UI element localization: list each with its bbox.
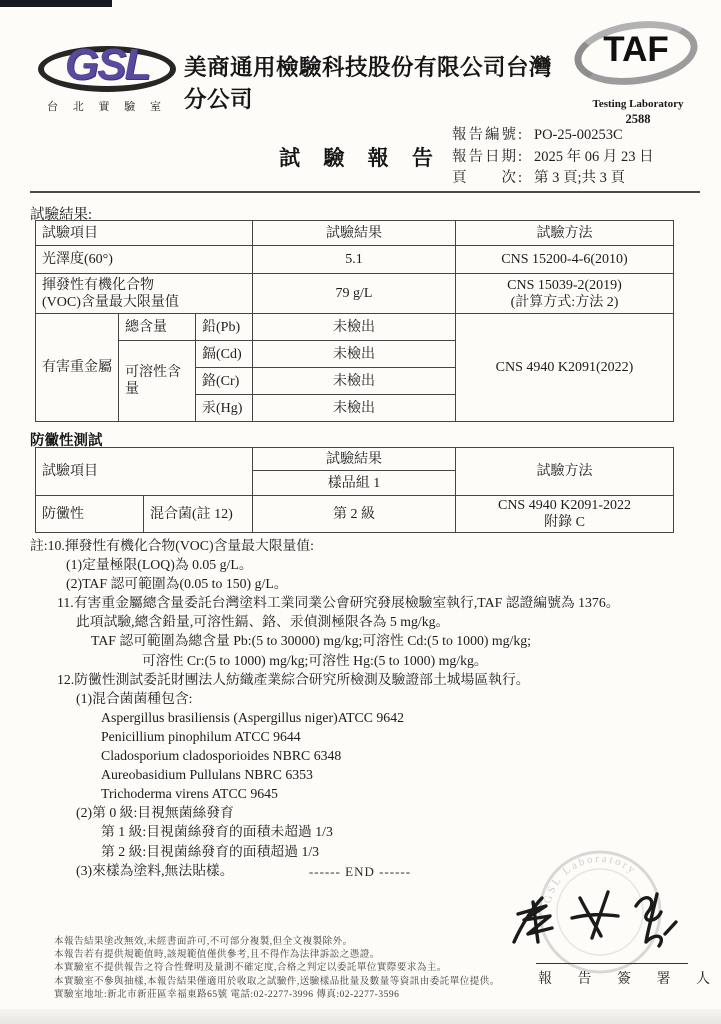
mildew-result-cell: 第 2 級: [253, 496, 456, 533]
gsl-logo: GSL 台 北 實 驗 室: [38, 36, 180, 114]
note-line: 可溶性 Cr:(5 to 1000) mg/kg;可溶性 Hg:(5 to 10…: [142, 651, 700, 670]
footer-disclaimer-block: 本報告結果塗改無效,未經書面許可,不可部分複製,但全文複製除外。 本報告若有提供…: [54, 936, 500, 1002]
report-date-row: 報告日期: 2025 年 06 月 23 日: [452, 147, 654, 169]
mildew-sample-cell: 樣品組 1: [253, 471, 456, 496]
metal-result-cell-cr: 未檢出: [253, 368, 456, 395]
mildew-header-method-cell: 試驗方法: [456, 448, 674, 496]
note-line: (2)TAF 認可範圍為(0.05 to 150) g/L。: [66, 574, 700, 593]
signature-image: [498, 872, 698, 964]
voc-method-line2: (計算方式:方法 2): [462, 294, 667, 311]
report-number-value: PO-25-00253C: [534, 125, 623, 147]
note-line: Penicillium pinophilum ATCC 9644: [101, 727, 700, 746]
voc-method-line1: CNS 15039-2(2019): [462, 277, 667, 294]
header-divider: [30, 191, 700, 193]
metal-soluble-label-cell: 可溶性含量: [119, 341, 196, 422]
mildew-header-result-cell: 試驗結果: [253, 448, 456, 471]
metal-total-label-cell: 總含量: [119, 314, 196, 341]
voc-row: 揮發性有機化合物 (VOC)含量最大限量值 79 g/L CNS 15039-2…: [36, 274, 674, 314]
note-line: (1)定量極限(LOQ)為 0.05 g/L。: [66, 555, 700, 574]
header-cell-method: 試驗方法: [456, 221, 674, 246]
scanned-test-report-page: GSL 台 北 實 驗 室 美商通用檢驗科技股份有限公司台灣分公司 試 驗 報 …: [0, 0, 721, 1024]
mildew-table: 試驗項目 試驗結果 試驗方法 樣品組 1 防黴性 混合菌(註 12) 第 2 級…: [35, 447, 674, 533]
note-line: 此項試驗,總含鉛量,可溶性鎘、鉻、汞偵測極限各為 5 mg/kg。: [76, 612, 700, 631]
report-info-block: 報告編號: PO-25-00253C 報告日期: 2025 年 06 月 23 …: [452, 125, 654, 190]
scan-artifact-top: [0, 0, 112, 7]
scan-artifact-bottom: [0, 1009, 721, 1024]
metal-method-cell: CNS 4940 K2091(2022): [456, 314, 674, 422]
metal-group-cell: 有害重金屬: [36, 314, 119, 422]
voc-item-line1: 揮發性有機化合物: [42, 277, 246, 294]
metal-element-cell-cd: 鎘(Cd): [196, 341, 253, 368]
note-line: Aspergillus brasiliensis (Aspergillus ni…: [101, 708, 700, 727]
mildew-data-row: 防黴性 混合菌(註 12) 第 2 級 CNS 4940 K2091-2022 …: [36, 496, 674, 533]
report-date-value: 2025 年 06 月 23 日: [534, 147, 654, 169]
metal-result-cell-hg: 未檢出: [253, 395, 456, 422]
report-date-label: 報告日期:: [452, 147, 534, 169]
footer-line: 本實驗室不提供報告之符合性聲明及量測不確定度,合格之判定以委託單位實際要求為主。: [54, 962, 500, 975]
mildew-method-line2: 附錄 C: [462, 514, 667, 531]
footer-line: 實驗室地址:新北市新莊區幸福東路65號 電話:02-2277-3996 傳真:0…: [54, 989, 500, 1002]
taf-caption: Testing Laboratory: [568, 98, 708, 110]
note-line: Cladosporium cladosporioides NBRC 6348: [101, 746, 700, 765]
taf-swoosh-icon: TAF: [572, 18, 704, 92]
note-line: (1)混合菌菌種包含:: [76, 689, 700, 708]
gloss-result-cell: 5.1: [253, 246, 456, 274]
metal-row-pb: 有害重金屬 總含量 鉛(Pb) 未檢出 CNS 4940 K2091(2022): [36, 314, 674, 341]
gloss-item-cell: 光澤度(60°): [36, 246, 253, 274]
metal-element-cell-hg: 汞(Hg): [196, 395, 253, 422]
report-number-row: 報告編號: PO-25-00253C: [452, 125, 654, 147]
voc-item-cell: 揮發性有機化合物 (VOC)含量最大限量值: [36, 274, 253, 314]
mildew-method-line1: CNS 4940 K2091-2022: [462, 497, 667, 514]
metal-element-cell-cr: 鉻(Cr): [196, 368, 253, 395]
metal-element-cell-pb: 鉛(Pb): [196, 314, 253, 341]
mildew-header-item-cell: 試驗項目: [36, 448, 253, 496]
page-number-row: 頁 次: 第 3 頁;共 3 頁: [452, 168, 654, 190]
results-header-row: 試驗項目 試驗結果 試驗方法: [36, 221, 674, 246]
notes-block: 註:10.揮發性有機化合物(VOC)含量最大限量值: (1)定量極限(LOQ)為…: [30, 536, 700, 880]
signature-line: [536, 963, 688, 964]
taf-logo-text: TAF: [572, 30, 700, 70]
footer-line: 本報告若有提供規範值時,該規範值僅供參考,且不得作為法律訴訟之憑證。: [54, 949, 500, 962]
note-line: 11.有害重金屬總含量委託台灣塗料工業同業公會研究發展檢驗室執行,TAF 認證編…: [57, 593, 700, 612]
voc-method-cell: CNS 15039-2(2019) (計算方式:方法 2): [456, 274, 674, 314]
mildew-item-cell: 防黴性: [36, 496, 144, 533]
note-line: Aureobasidium Pullulans NBRC 6353: [101, 765, 700, 784]
mildew-method-cell: CNS 4940 K2091-2022 附錄 C: [456, 496, 674, 533]
signatory-label: 報 告 簽 署 人: [538, 968, 708, 988]
header-cell-item: 試驗項目: [36, 221, 253, 246]
note-line: (2)第 0 級:目視無菌絲發育: [76, 803, 700, 822]
metal-result-cell-pb: 未檢出: [253, 314, 456, 341]
gloss-row: 光澤度(60°) 5.1 CNS 15200-4-6(2010): [36, 246, 674, 274]
mildew-header-row1: 試驗項目 試驗結果 試驗方法: [36, 448, 674, 471]
taf-logo: TAF Testing Laboratory 2588: [568, 18, 708, 127]
mildew-condition-cell: 混合菌(註 12): [144, 496, 253, 533]
gsl-logo-text: GSL: [38, 32, 176, 98]
results-table: 試驗項目 試驗結果 試驗方法 光澤度(60°) 5.1 CNS 15200-4-…: [35, 220, 674, 422]
page-number-label: 頁 次:: [452, 168, 534, 190]
voc-item-line2: (VOC)含量最大限量值: [42, 294, 246, 311]
footer-line: 本實驗室不參與抽樣,本報告結果僅適用於收取之試驗件,送驗樣品批量及數量等資訊由委…: [54, 976, 500, 989]
company-name: 美商通用檢驗科技股份有限公司台灣分公司: [184, 50, 564, 114]
page-number-value: 第 3 頁;共 3 頁: [534, 168, 625, 190]
report-number-label: 報告編號:: [452, 125, 534, 147]
note-line: TAF 認可範圍為總含量 Pb:(5 to 30000) mg/kg;可溶性 C…: [91, 631, 700, 650]
note-line: 12.防黴性測試委託財團法人紡織產業綜合研究所檢測及驗證部土城場區執行。: [57, 670, 700, 689]
note-line: 註:10.揮發性有機化合物(VOC)含量最大限量值:: [30, 536, 700, 555]
note-line: 第 1 級:目視菌絲發育的面積未超過 1/3: [101, 822, 700, 841]
gsl-logo-subtitle: 台 北 實 驗 室: [38, 98, 176, 114]
note-line: Trichoderma virens ATCC 9645: [101, 784, 700, 803]
voc-result-cell: 79 g/L: [253, 274, 456, 314]
header-cell-result: 試驗結果: [253, 221, 456, 246]
metal-result-cell-cd: 未檢出: [253, 341, 456, 368]
gloss-method-cell: CNS 15200-4-6(2010): [456, 246, 674, 274]
footer-line: 本報告結果塗改無效,未經書面許可,不可部分複製,但全文複製除外。: [54, 936, 500, 949]
